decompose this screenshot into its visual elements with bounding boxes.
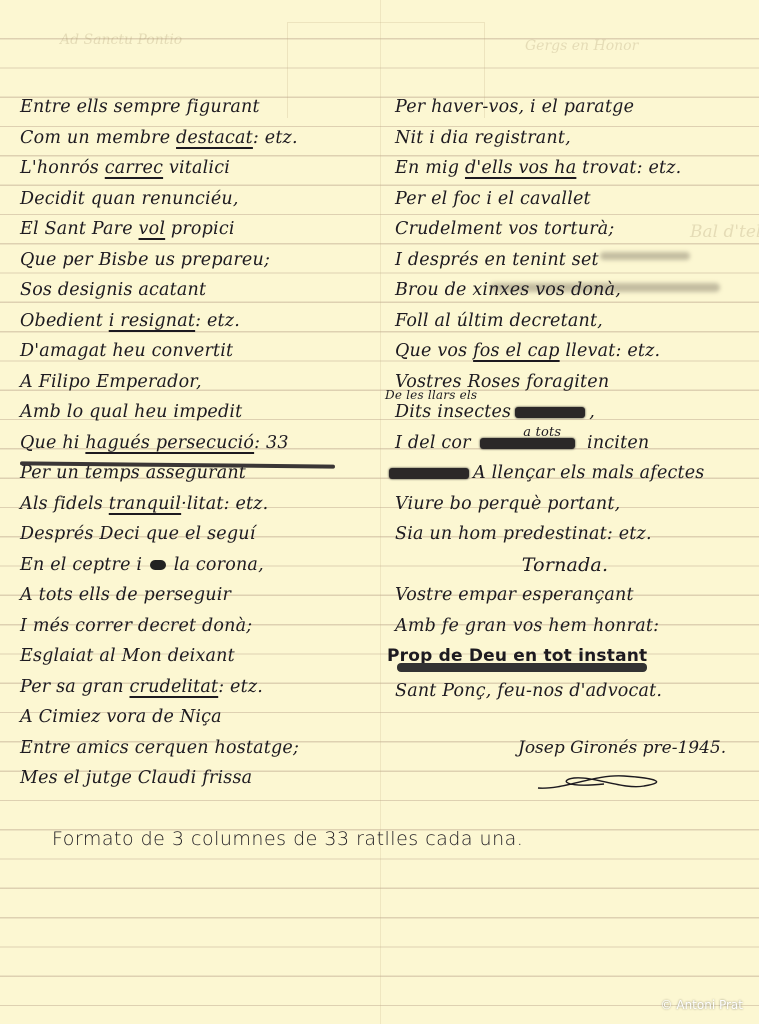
verse-line: Que per Bisbe us prepareu; bbox=[20, 245, 375, 276]
verse-line: Amb lo qual heu impedit bbox=[20, 397, 375, 428]
verse-line: Decidit quan renunciéu, bbox=[20, 184, 375, 215]
underlined-text: i resignat bbox=[109, 311, 195, 331]
verse-line: A tots ells de perseguir bbox=[20, 580, 375, 611]
verse-line: Per haver-vos, i el paratge bbox=[395, 92, 755, 123]
verse-line: Nit i dia registrant, bbox=[395, 123, 755, 154]
underlined-text: hagués persecució bbox=[85, 433, 254, 453]
section-heading: Tornada. bbox=[395, 550, 755, 581]
underlined-text: d'ells vos ha bbox=[465, 158, 576, 178]
underlined-text: tranquil bbox=[109, 494, 181, 514]
verse-line: I després en tenint set bbox=[395, 245, 755, 276]
show-through-text: Gergs en Honor bbox=[525, 38, 638, 54]
verse-line: Obedient i resignat: etz. bbox=[20, 306, 375, 337]
verse-line: Mes el jutge Claudi frissa bbox=[20, 763, 375, 794]
verse-line: Com un membre destacat: etz. bbox=[20, 123, 375, 154]
verse-line: Sant Ponç, feu-nos d'advocat. bbox=[395, 676, 755, 707]
verse-line: Entre ells sempre figurant bbox=[20, 92, 375, 123]
verse-line: Que vos fos el cap llevat: etz. bbox=[395, 336, 755, 367]
inserted-verse-line: Prop de Deu en tot instant bbox=[387, 641, 755, 672]
verse-line: Entre amics cerquen hostatge; bbox=[20, 733, 375, 764]
underlined-text: carrec bbox=[105, 158, 163, 178]
strikethrough-blot bbox=[515, 407, 585, 418]
left-column: Entre ells sempre figurant Com un membre… bbox=[20, 92, 375, 794]
verse-line: Als fidels tranquil·litat: etz. bbox=[20, 489, 375, 520]
inserted-text: a tots bbox=[523, 425, 561, 440]
verse-line: D'amagat heu convertit bbox=[20, 336, 375, 367]
verse-line: Foll al últim decretant, bbox=[395, 306, 755, 337]
verse-line: Amb fe gran vos hem honrat: bbox=[395, 611, 755, 642]
verse-line-amended: A llençar els mals afectes bbox=[385, 458, 755, 489]
verse-line: Sos designis acatant bbox=[20, 275, 375, 306]
underlined-text: destacat bbox=[176, 128, 253, 148]
verse-line: L'honrós carrec vitalici bbox=[20, 153, 375, 184]
verse-line: Brou de xinxes vos donà, bbox=[395, 275, 755, 306]
footer-note: Formato de 3 columnes de 33 ratlles cada… bbox=[52, 828, 523, 850]
verse-line-amended: I del cor a tots inciten bbox=[395, 428, 755, 459]
underlined-text: vol bbox=[139, 219, 166, 239]
page-fold bbox=[380, 0, 381, 1024]
verse-line: Viure bo perquè portant, bbox=[395, 489, 755, 520]
verse-line-amended: De les llars els Dits insectes, bbox=[395, 397, 755, 428]
verse-line: El Sant Pare vol propici bbox=[20, 214, 375, 245]
signature-flourish bbox=[534, 768, 674, 796]
verse-line: A Cimiez vora de Niça bbox=[20, 702, 375, 733]
verse-line: Per sa gran crudelitat: etz. bbox=[20, 672, 375, 703]
underlined-text: fos el cap bbox=[473, 341, 560, 361]
verse-line: Vostre empar esperançant bbox=[395, 580, 755, 611]
verse-line: Per el foc i el cavallet bbox=[395, 184, 755, 215]
verse-line: Que hi hagués persecució: 33 bbox=[20, 428, 375, 459]
verse-line: En mig d'ells vos ha trovat: etz. bbox=[395, 153, 755, 184]
underlined-text: crudelitat bbox=[130, 677, 219, 697]
verse-line: En el ceptre i la corona, bbox=[20, 550, 375, 581]
verse-line: Esglaiat al Mon deixant bbox=[20, 641, 375, 672]
ink-blot bbox=[150, 560, 166, 570]
verse-line: A Filipo Emperador, bbox=[20, 367, 375, 398]
verse-line: Sia un hom predestinat: etz. bbox=[395, 519, 755, 550]
show-through-text: Ad Sanctu Pontio bbox=[60, 32, 182, 48]
verse-line: I més correr decret donà; bbox=[20, 611, 375, 642]
verse-line: Després Deci que el seguí bbox=[20, 519, 375, 550]
verse-line: Crudelment vos torturà; bbox=[395, 214, 755, 245]
right-column: Per haver-vos, i el paratge Nit i dia re… bbox=[395, 92, 755, 706]
signature: Josep Gironés pre-1945. bbox=[518, 738, 726, 758]
strikethrough-blot bbox=[389, 468, 469, 479]
copyright-watermark: © Antoni Prat bbox=[661, 998, 743, 1012]
strikethrough-bar bbox=[397, 663, 647, 672]
